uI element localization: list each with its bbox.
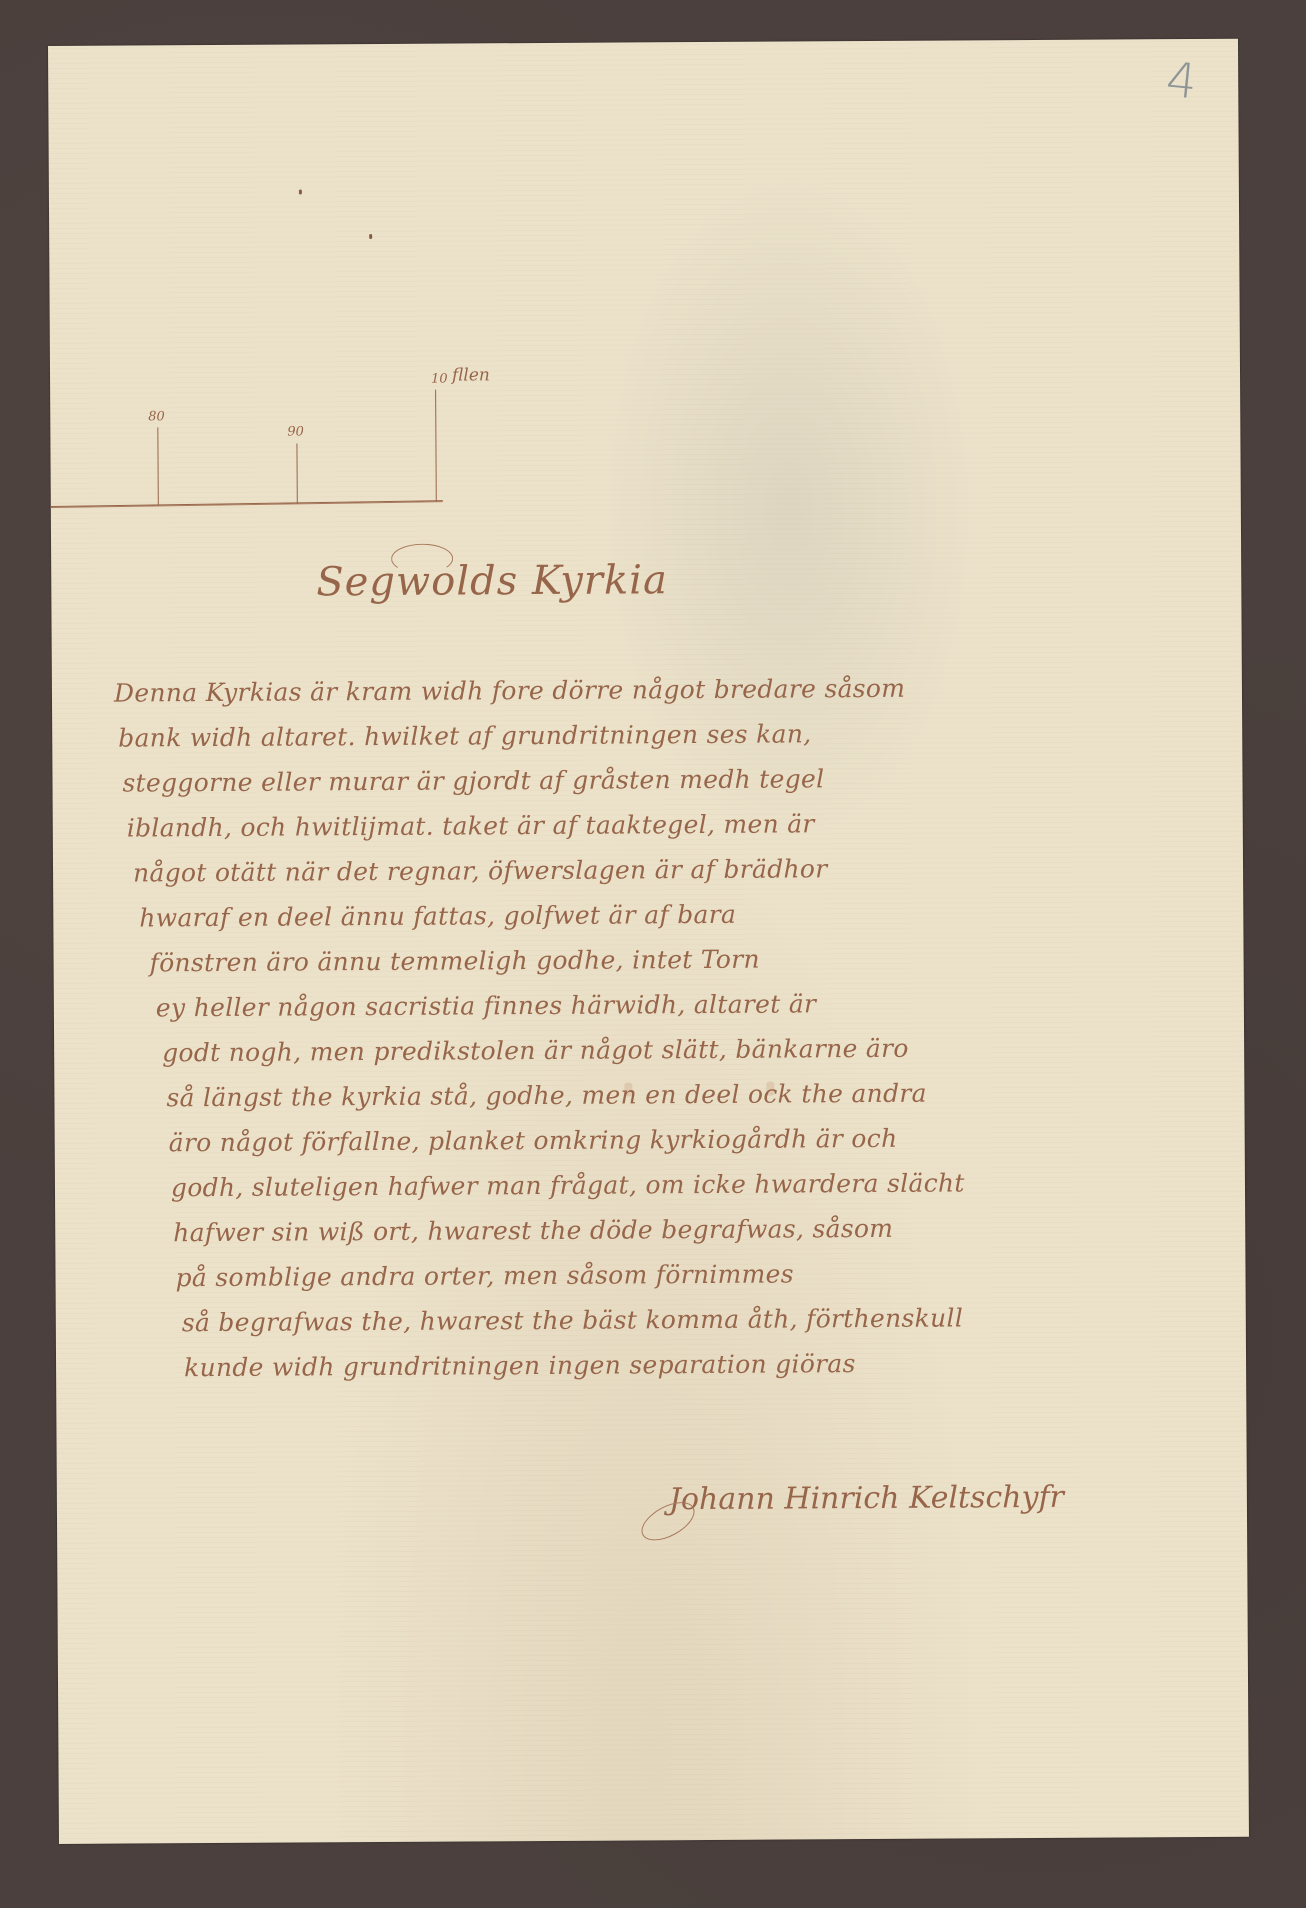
manuscript-page: 4 80 90 10 fllen Segwolds Kyrkia Denna K… bbox=[48, 39, 1249, 1844]
body-line-1: Denna Kyrkias är kram widh fore dörre nå… bbox=[114, 664, 1224, 716]
folio-number: 4 bbox=[1164, 52, 1200, 111]
scale-baseline bbox=[51, 500, 443, 508]
manuscript-body: Denna Kyrkias är kram widh fore dörre nå… bbox=[114, 664, 1228, 1391]
scale-unit-label: fllen bbox=[452, 365, 490, 385]
body-line-14: på somblige andra orter, men såsom förni… bbox=[175, 1248, 1285, 1300]
body-line-8: ey heller någon sacristia finnes härwidh… bbox=[156, 979, 1266, 1031]
scale-bar: 80 90 10 fllen bbox=[50, 343, 471, 516]
body-line-16: kunde widh grundritningen ingen separati… bbox=[184, 1338, 1294, 1390]
body-line-15: så begrafwas the, hwarest the bäst komma… bbox=[182, 1293, 1292, 1345]
scale-label-80: 80 bbox=[148, 409, 165, 424]
ink-speck bbox=[299, 189, 302, 194]
body-line-2: bank widh altaret. hwilket af grundritni… bbox=[118, 709, 1228, 761]
body-line-13: hafwer sin wiß ort, hwarest the döde beg… bbox=[173, 1203, 1283, 1255]
body-line-3: steggorne eller murar är gjordt af gråst… bbox=[122, 754, 1232, 806]
body-line-5: något otätt när det regnar, öfwerslagen … bbox=[133, 844, 1243, 896]
scale-tick-90 bbox=[296, 443, 297, 503]
ink-speck bbox=[369, 234, 372, 239]
body-line-12: godh, sluteligen hafwer man frågat, om i… bbox=[171, 1158, 1281, 1210]
scale-tick-10 bbox=[435, 390, 437, 502]
signature-text: Johann Hinrich Keltschyfr bbox=[669, 1480, 1064, 1517]
body-line-10: så längst the kyrkia stå, godhe, men en … bbox=[166, 1069, 1276, 1121]
scale-tick-80 bbox=[157, 427, 158, 505]
body-line-7: fönstren äro ännu temmeligh godhe, intet… bbox=[149, 934, 1259, 986]
scale-label-90: 90 bbox=[287, 424, 304, 439]
body-line-6: hwaraf en deel ännu fattas, golfwet är a… bbox=[139, 889, 1249, 941]
body-line-9: godt nogh, men predikstolen är något slä… bbox=[162, 1024, 1272, 1076]
body-line-4: iblandh, och hwitlijmat. taket är af taa… bbox=[127, 799, 1237, 851]
scale-label-10: 10 bbox=[431, 372, 448, 387]
page-title: Segwolds Kyrkia bbox=[316, 557, 668, 605]
body-line-11: äro något förfallne, planket omkring kyr… bbox=[169, 1114, 1279, 1166]
signature: Johann Hinrich Keltschyfr bbox=[669, 1480, 1064, 1517]
